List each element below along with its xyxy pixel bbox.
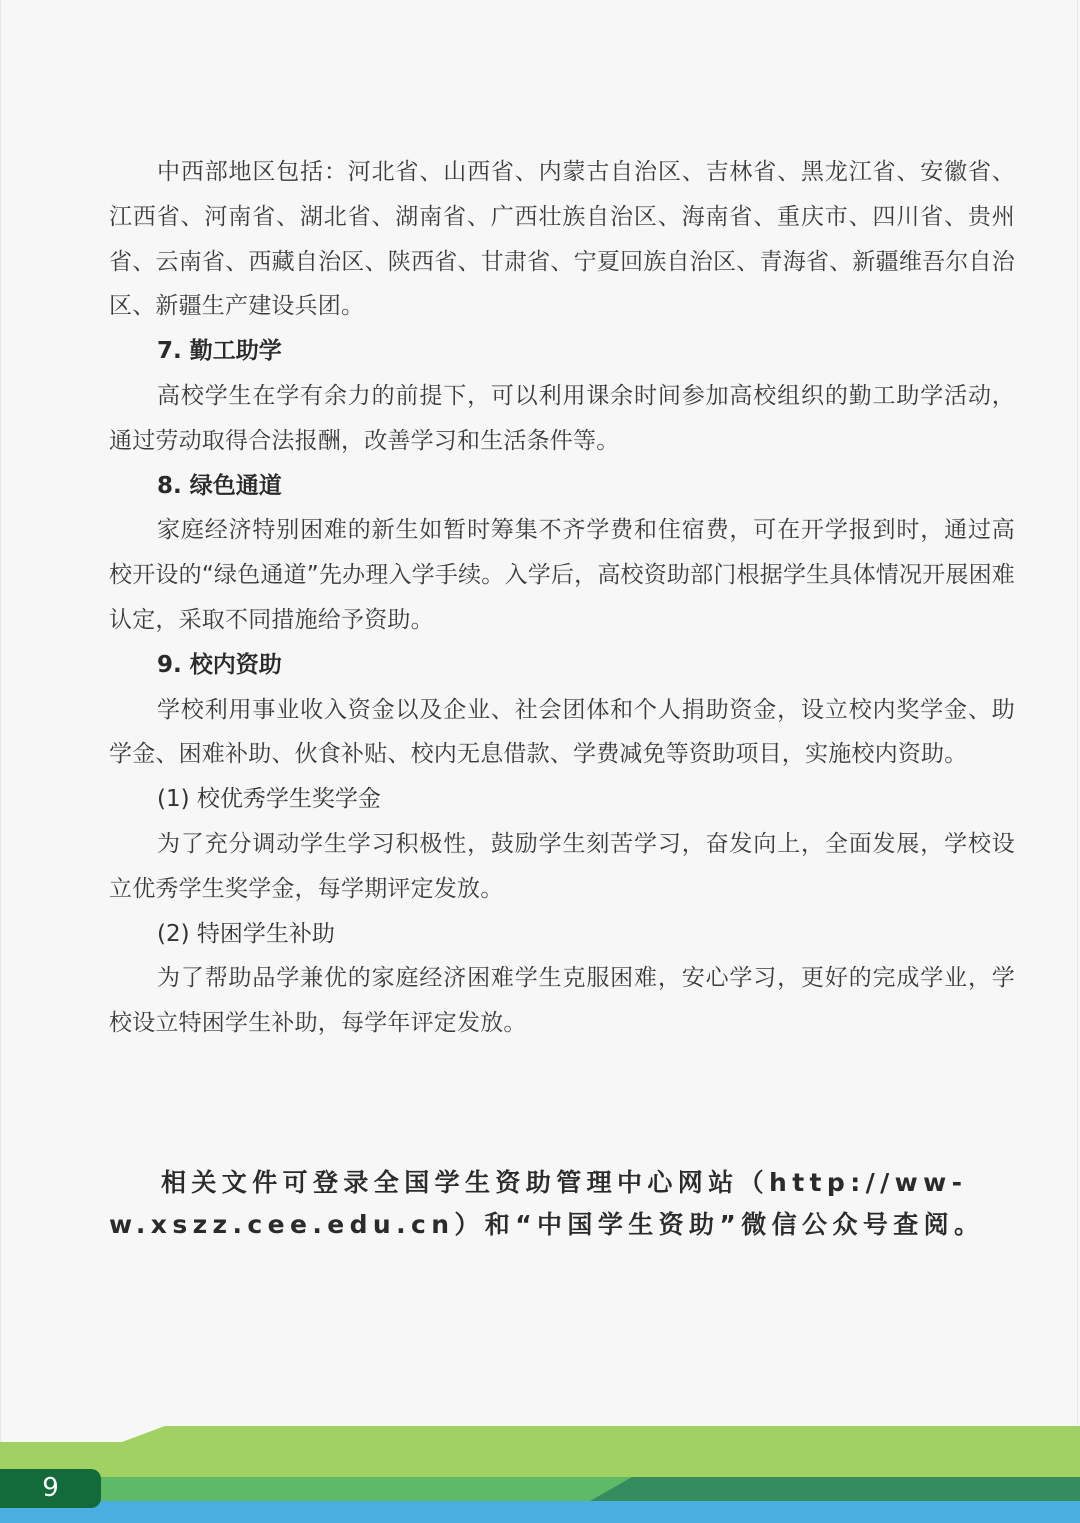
- subsection-heading-hardship-subsidy: (2) 特困学生补助: [109, 912, 1015, 957]
- reference-note-line-2: w.xszz.cee.edu.cn）和“中国学生资助”微信公众号查阅。: [109, 1204, 1024, 1246]
- decorative-footer-bands: [0, 1420, 1080, 1523]
- subsection-heading-scholarship: (1) 校优秀学生奖学金: [109, 777, 1015, 822]
- section-heading-campus-aid: 9. 校内资助: [109, 643, 1015, 688]
- page-edge: [0, 0, 1, 1523]
- page-number-badge: 9: [0, 1469, 101, 1508]
- regions-paragraph: 中西部地区包括：河北省、山西省、内蒙古自治区、吉林省、黑龙江省、安徽省、江西省、…: [109, 150, 1015, 329]
- subsection-body-hardship-subsidy: 为了帮助品学兼优的家庭经济困难学生克服困难，安心学习，更好的完成学业，学校设立特…: [109, 956, 1015, 1046]
- section-body-green-channel: 家庭经济特别困难的新生如暂时筹集不齐学费和住宿费，可在开学报到时，通过高校开设的…: [109, 508, 1015, 642]
- section-heading-work-study: 7. 勤工助学: [109, 329, 1015, 374]
- reference-note: 相关文件可登录全国学生资助管理中心网站（http://ww- w.xszz.ce…: [109, 1162, 1024, 1246]
- reference-note-line-1: 相关文件可登录全国学生资助管理中心网站（http://ww-: [109, 1162, 1024, 1204]
- section-body-work-study: 高校学生在学有余力的前提下，可以利用课余时间参加高校组织的勤工助学活动，通过劳动…: [109, 374, 1015, 464]
- subsection-body-scholarship: 为了充分调动学生学习积极性，鼓励学生刻苦学习，奋发向上，全面发展，学校设立优秀学…: [109, 822, 1015, 912]
- section-body-campus-aid: 学校利用事业收入资金以及企业、社会团体和个人捐助资金，设立校内奖学金、助学金、困…: [109, 688, 1015, 778]
- page-edge: [1077, 0, 1078, 1523]
- section-heading-green-channel: 8. 绿色通道: [109, 464, 1015, 509]
- document-body: 中西部地区包括：河北省、山西省、内蒙古自治区、吉林省、黑龙江省、安徽省、江西省、…: [109, 150, 1015, 1046]
